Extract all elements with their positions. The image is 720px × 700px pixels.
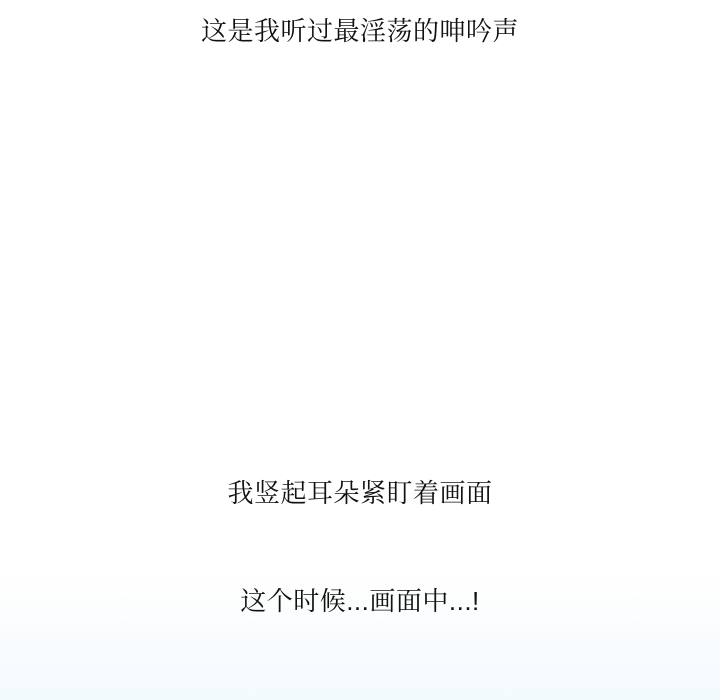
- narration-caption-top: 这是我听过最淫荡的呻吟声: [0, 16, 720, 46]
- comic-page: 这是我听过最淫荡的呻吟声 我竖起耳朵紧盯着画面 这个时候...画面中...!: [0, 0, 720, 700]
- narration-caption-middle: 我竖起耳朵紧盯着画面 这个时候...画面中...!: [0, 403, 720, 691]
- narration-middle-line1: 我竖起耳朵紧盯着画面: [0, 475, 720, 511]
- narration-middle-line2: 这个时候...画面中...!: [0, 583, 720, 619]
